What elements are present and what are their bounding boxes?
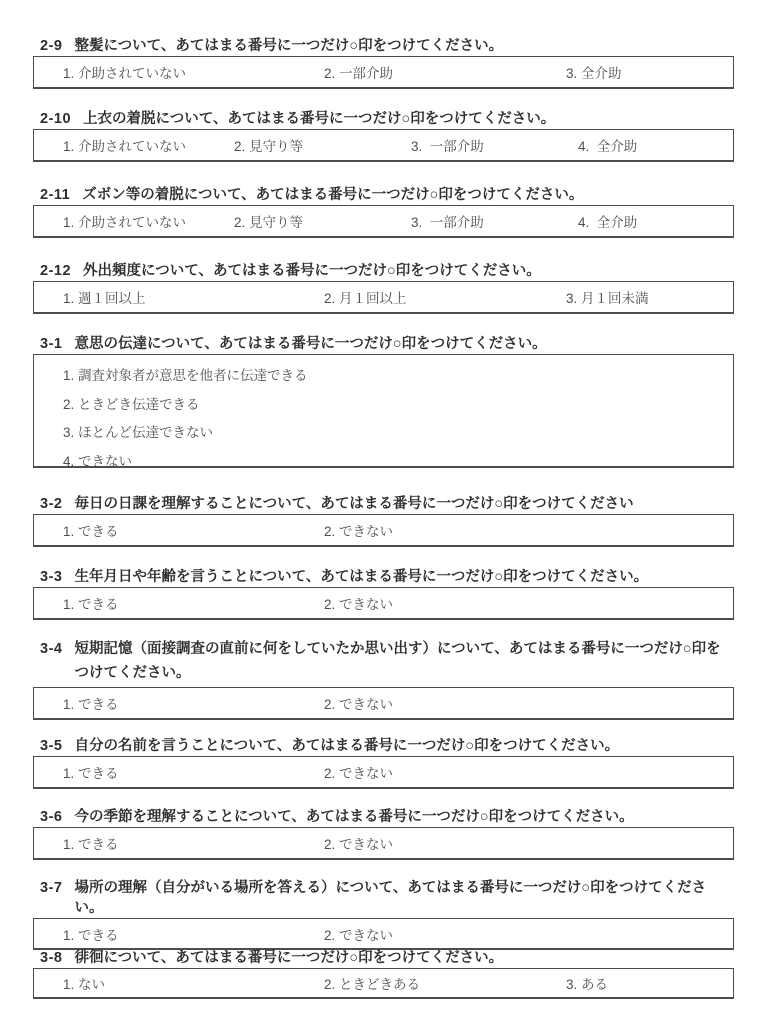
option-1: 1. 介助されていない xyxy=(63,135,186,155)
survey-document-page: 2-9 整髪について、あてはまる番号に一つだけ○印をつけてください。 1. 介助… xyxy=(0,0,769,1024)
option-2: 2. 月１回以上 xyxy=(324,287,407,307)
options-box: 1. できる 2. できない xyxy=(33,918,734,950)
question-text: 徘徊について、あてはまる番号に一つだけ○印をつけてください。 xyxy=(74,948,734,968)
option-2: 2. できない xyxy=(324,924,393,944)
option-2: 2. できない xyxy=(324,693,393,713)
options-box: 1. できる 2. できない xyxy=(33,827,734,860)
options-box: 1. 週１回以上 2. 月１回以上 3. 月１回未満 xyxy=(33,281,734,314)
options-box: 1. 調査対象者が意思を他者に伝達できる 2. ときどき伝達できる 3. ほとん… xyxy=(33,354,734,468)
option-1: 1. 介助されていない xyxy=(63,62,186,82)
question-heading: 3-8 徘徊について、あてはまる番号に一つだけ○印をつけてください。 xyxy=(33,948,734,968)
option-3: 3. 全介助 xyxy=(566,62,622,82)
question-text: 短期記憶（面接調査の直前に何をしていたか思い出す）について、あてはまる番号に一つ… xyxy=(74,637,734,685)
question-heading: 3-3 生年月日や年齢を言うことについて、あてはまる番号に一つだけ○印をつけてく… xyxy=(33,567,734,587)
question-number: 3-3 xyxy=(40,567,62,587)
option-2: 2. ときどき伝達できる xyxy=(63,391,733,420)
question-number: 2-10 xyxy=(40,109,71,129)
option-1: 1. 調査対象者が意思を他者に伝達できる xyxy=(63,362,733,391)
options-box: 1. できる 2. できない xyxy=(33,687,734,720)
question-3-1: 3-1 意思の伝達について、あてはまる番号に一つだけ○印をつけてください。 1.… xyxy=(33,334,734,468)
option-2: 2. 見守り等 xyxy=(234,211,303,231)
question-text: 今の季節を理解することについて、あてはまる番号に一つだけ○印をつけてください。 xyxy=(74,807,734,827)
option-2: 2. ときどきある xyxy=(324,973,420,993)
question-text: 外出頻度について、あてはまる番号に一つだけ○印をつけてください。 xyxy=(83,261,734,281)
question-number: 3-5 xyxy=(40,736,62,756)
option-1: 1. できる xyxy=(63,520,119,540)
option-3: 3. 月１回未満 xyxy=(566,287,649,307)
question-text: 整髪について、あてはまる番号に一つだけ○印をつけてください。 xyxy=(74,36,734,56)
options-box: 1. 介助されていない 2. 見守り等 3. 一部介助 4. 全介助 xyxy=(33,205,734,238)
option-1: 1. できる xyxy=(63,693,119,713)
options-box: 1. できる 2. できない xyxy=(33,587,734,620)
option-1: 1. できる xyxy=(63,924,119,944)
options-box: 1. 介助されていない 2. 見守り等 3. 一部介助 4. 全介助 xyxy=(33,129,734,162)
question-number: 3-4 xyxy=(40,637,62,661)
question-heading: 2-11 ズボン等の着脱について、あてはまる番号に一つだけ○印をつけてください。 xyxy=(33,185,734,205)
option-4: 4. 全介助 xyxy=(578,135,637,155)
option-3: 3. ほとんど伝達できない xyxy=(63,419,733,448)
question-text: 意思の伝達について、あてはまる番号に一つだけ○印をつけてください。 xyxy=(74,334,734,354)
question-2-11: 2-11 ズボン等の着脱について、あてはまる番号に一つだけ○印をつけてください。… xyxy=(33,185,734,238)
option-1: 1. 週１回以上 xyxy=(63,287,146,307)
question-number: 2-9 xyxy=(40,36,62,56)
question-heading: 3-2 毎日の日課を理解することについて、あてはまる番号に一つだけ○印をつけてく… xyxy=(33,494,734,514)
question-number: 2-12 xyxy=(40,261,71,281)
question-heading: 3-5 自分の名前を言うことについて、あてはまる番号に一つだけ○印をつけてくださ… xyxy=(33,736,734,756)
question-text: 毎日の日課を理解することについて、あてはまる番号に一つだけ○印をつけてください xyxy=(74,494,734,514)
question-heading: 3-6 今の季節を理解することについて、あてはまる番号に一つだけ○印をつけてくだ… xyxy=(33,807,734,827)
option-2: 2. できない xyxy=(324,762,393,782)
question-number: 3-8 xyxy=(40,948,62,968)
question-text: 自分の名前を言うことについて、あてはまる番号に一つだけ○印をつけてください。 xyxy=(74,736,734,756)
question-3-5: 3-5 自分の名前を言うことについて、あてはまる番号に一つだけ○印をつけてくださ… xyxy=(33,736,734,789)
options-box: 1. できる 2. できない xyxy=(33,756,734,789)
question-number: 2-11 xyxy=(40,185,70,205)
question-number: 3-2 xyxy=(40,494,62,514)
options-box: 1. できる 2. できない xyxy=(33,514,734,547)
question-3-4: 3-4 短期記憶（面接調査の直前に何をしていたか思い出す）について、あてはまる番… xyxy=(33,637,734,720)
question-2-12: 2-12 外出頻度について、あてはまる番号に一つだけ○印をつけてください。 1.… xyxy=(33,261,734,314)
question-number: 3-6 xyxy=(40,807,62,827)
options-box: 1. 介助されていない 2. 一部介助 3. 全介助 xyxy=(33,56,734,89)
question-heading: 2-12 外出頻度について、あてはまる番号に一つだけ○印をつけてください。 xyxy=(33,261,734,281)
question-number: 3-7 xyxy=(40,878,62,898)
question-heading: 2-9 整髪について、あてはまる番号に一つだけ○印をつけてください。 xyxy=(33,36,734,56)
question-text: 生年月日や年齢を言うことについて、あてはまる番号に一つだけ○印をつけてください。 xyxy=(74,567,734,587)
question-2-10: 2-10 上衣の着脱について、あてはまる番号に一つだけ○印をつけてください。 1… xyxy=(33,109,734,162)
option-1: 1. ない xyxy=(63,973,105,993)
option-1: 1. 介助されていない xyxy=(63,211,186,231)
option-3: 3. ある xyxy=(566,973,608,993)
option-4: 4. 全介助 xyxy=(578,211,637,231)
question-3-6: 3-6 今の季節を理解することについて、あてはまる番号に一つだけ○印をつけてくだ… xyxy=(33,807,734,860)
question-number: 3-1 xyxy=(40,334,62,354)
question-text: 上衣の着脱について、あてはまる番号に一つだけ○印をつけてください。 xyxy=(83,109,734,129)
question-2-9: 2-9 整髪について、あてはまる番号に一つだけ○印をつけてください。 1. 介助… xyxy=(33,36,734,89)
question-text: ズボン等の着脱について、あてはまる番号に一つだけ○印をつけてください。 xyxy=(82,185,734,205)
option-2: 2. できない xyxy=(324,520,393,540)
option-3: 3. 一部介助 xyxy=(411,211,484,231)
option-2: 2. できない xyxy=(324,593,393,613)
option-1: 1. できる xyxy=(63,833,119,853)
option-1: 1. できる xyxy=(63,762,119,782)
option-4: 4. できない xyxy=(63,448,733,477)
option-2: 2. 見守り等 xyxy=(234,135,303,155)
question-heading: 3-1 意思の伝達について、あてはまる番号に一つだけ○印をつけてください。 xyxy=(33,334,734,354)
question-text: 場所の理解（自分がいる場所を答える）について、あてはまる番号に一つだけ○印をつけ… xyxy=(74,878,734,918)
question-3-7: 3-7 場所の理解（自分がいる場所を答える）について、あてはまる番号に一つだけ○… xyxy=(33,878,734,950)
option-1: 1. できる xyxy=(63,593,119,613)
question-heading: 2-10 上衣の着脱について、あてはまる番号に一つだけ○印をつけてください。 xyxy=(33,109,734,129)
options-box: 1. ない 2. ときどきある 3. ある xyxy=(33,968,734,999)
question-3-3: 3-3 生年月日や年齢を言うことについて、あてはまる番号に一つだけ○印をつけてく… xyxy=(33,567,734,620)
question-3-8: 3-8 徘徊について、あてはまる番号に一つだけ○印をつけてください。 1. ない… xyxy=(33,948,734,999)
option-3: 3. 一部介助 xyxy=(411,135,484,155)
option-2: 2. 一部介助 xyxy=(324,62,393,82)
question-heading: 3-7 場所の理解（自分がいる場所を答える）について、あてはまる番号に一つだけ○… xyxy=(33,878,734,918)
option-2: 2. できない xyxy=(324,833,393,853)
question-3-2: 3-2 毎日の日課を理解することについて、あてはまる番号に一つだけ○印をつけてく… xyxy=(33,494,734,547)
question-heading: 3-4 短期記憶（面接調査の直前に何をしていたか思い出す）について、あてはまる番… xyxy=(33,637,734,685)
